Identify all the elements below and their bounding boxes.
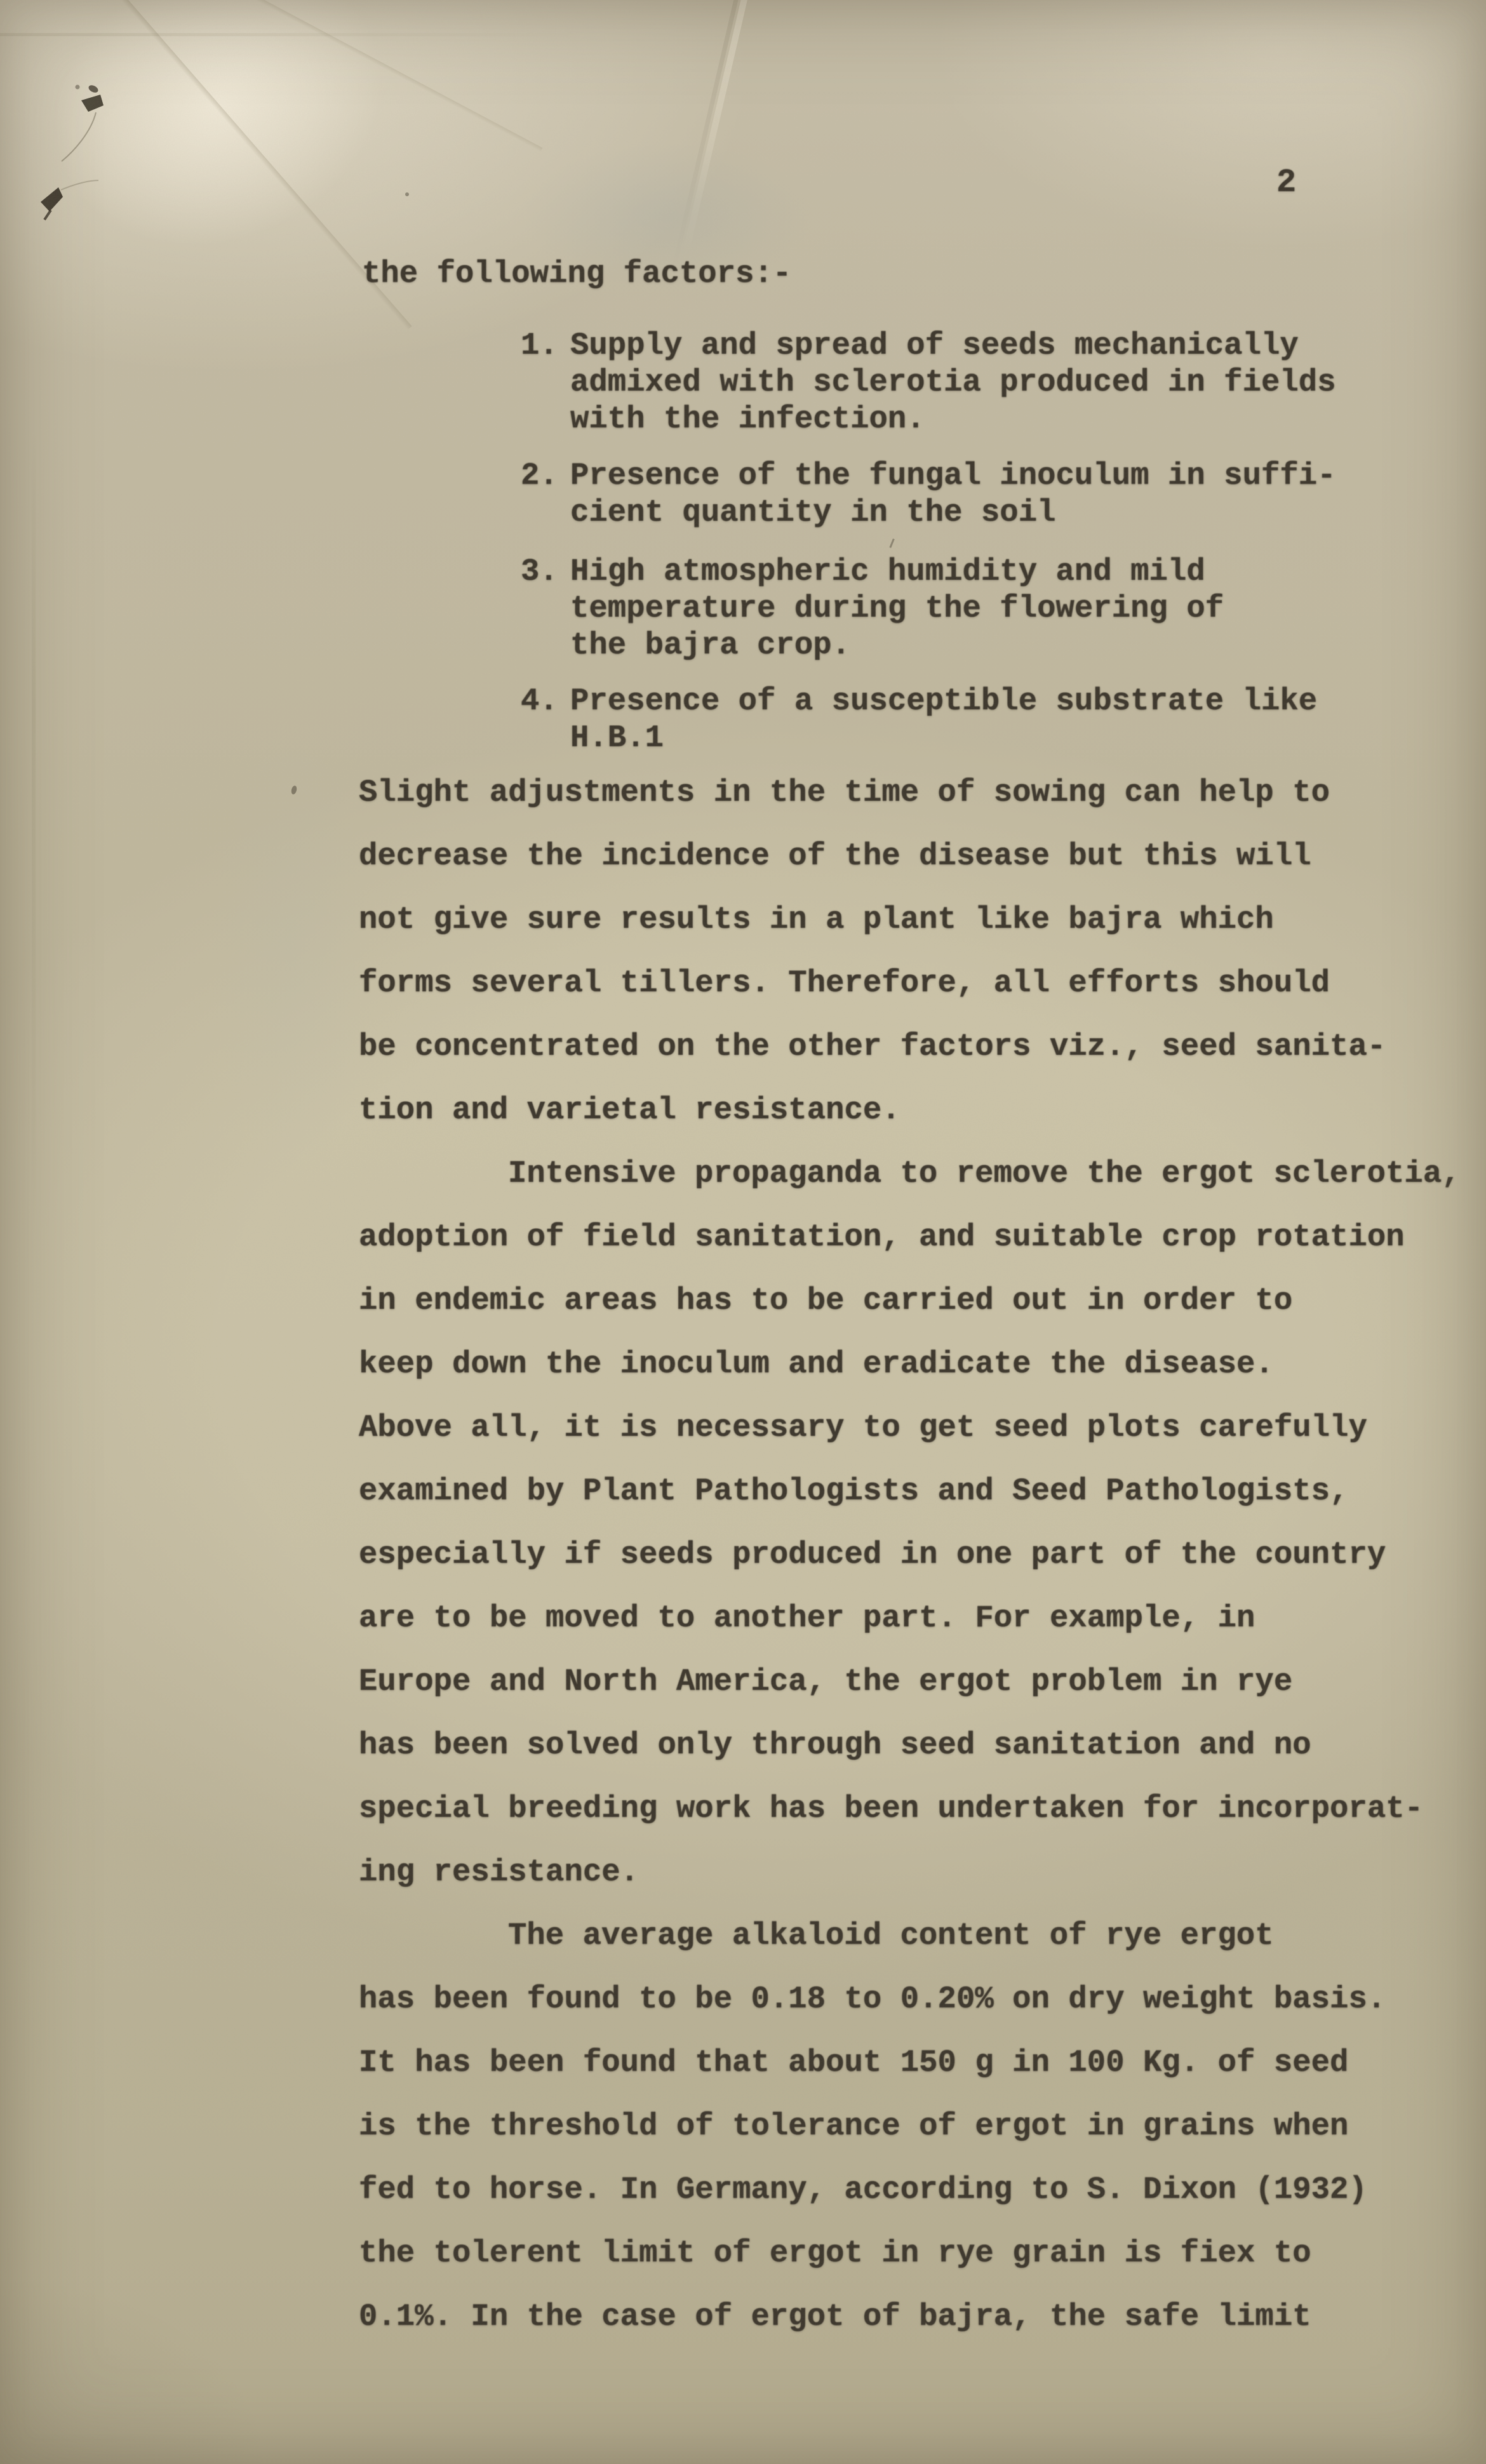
paper-fold-highlight (0, 0, 526, 431)
typed-line: cient quantity in the soil (570, 497, 1056, 528)
typed-line: special breeding work has been undertake… (359, 1793, 1423, 1825)
typed-line: the tolerent limit of ergot in rye grain… (359, 2238, 1311, 2269)
typed-line: examined by Plant Pathologists and Seed … (359, 1476, 1348, 1507)
typed-line: The average alkaloid content of rye ergo… (508, 1920, 1274, 1952)
typed-line: the bajra crop. (570, 630, 850, 661)
paper-smudge (210, 730, 375, 1175)
typed-line: Above all, it is necessary to get seed p… (359, 1412, 1367, 1443)
typed-line: temperature during the flowering of (570, 593, 1224, 624)
typed-line: is the threshold of tolerance of ergot i… (359, 2111, 1348, 2142)
typed-line: decrease the incidence of the disease bu… (359, 841, 1311, 872)
typed-line: especially if seeds produced in one part… (359, 1539, 1386, 1570)
typed-line: with the infection. (570, 404, 925, 435)
typed-line: Presence of a susceptible substrate like (570, 686, 1317, 717)
typed-line: has been found to be 0.18 to 0.20% on dr… (359, 1984, 1386, 2015)
typed-line: forms several tillers. Therefore, all ef… (359, 968, 1330, 999)
typed-line: Presence of the fungal inoculum in suffi… (570, 460, 1336, 492)
paper-crease (227, 0, 543, 152)
typed-line: keep down the inoculum and eradicate the… (359, 1349, 1274, 1380)
typed-line: admixed with sclerotia produced in field… (570, 367, 1336, 398)
typed-line: ing resistance. (359, 1857, 639, 1888)
typed-line: are to be moved to another part. For exa… (359, 1603, 1255, 1634)
typewritten-page: 2 the following factors:- 1. Supply and … (0, 0, 1486, 2464)
typed-line: 0.1%. In the case of ergot of bajra, the… (359, 2301, 1311, 2333)
typed-line: in endemic areas has to be carried out i… (359, 1285, 1292, 1316)
typed-line: High atmospheric humidity and mild (570, 556, 1205, 587)
typed-line: It has been found that about 150 g in 10… (359, 2047, 1348, 2079)
paper-crease (32, 432, 36, 1226)
paper-crease (0, 33, 584, 36)
typed-line: Europe and North America, the ergot prob… (359, 1666, 1292, 1697)
intro-line: the following factors:- (362, 258, 791, 290)
list-marker: 4. (521, 686, 558, 717)
page-number: 2 (1276, 166, 1296, 199)
typed-line: has been solved only through seed sanita… (359, 1730, 1311, 1761)
paper-crease (683, 0, 751, 251)
typed-line: Supply and spread of seeds mechanically (570, 330, 1299, 361)
typed-line: fed to horse. In Germany, according to S… (359, 2174, 1367, 2206)
typed-line: H.B.1 (570, 723, 664, 754)
list-marker: 1. (521, 330, 558, 361)
typed-line: tion and varietal resistance. (359, 1095, 900, 1126)
typed-line: Intensive propaganda to remove the ergot… (508, 1158, 1461, 1189)
typed-line: be concentrated on the other factors viz… (359, 1031, 1386, 1062)
paper-crease (670, 0, 742, 276)
typed-line: not give sure results in a plant like ba… (359, 904, 1274, 935)
list-marker: 3. (521, 556, 558, 587)
typed-line: adoption of field sanitation, and suitab… (359, 1222, 1405, 1253)
typed-line: Slight adjustments in the time of sowing… (359, 777, 1330, 808)
list-marker: 2. (521, 460, 558, 492)
